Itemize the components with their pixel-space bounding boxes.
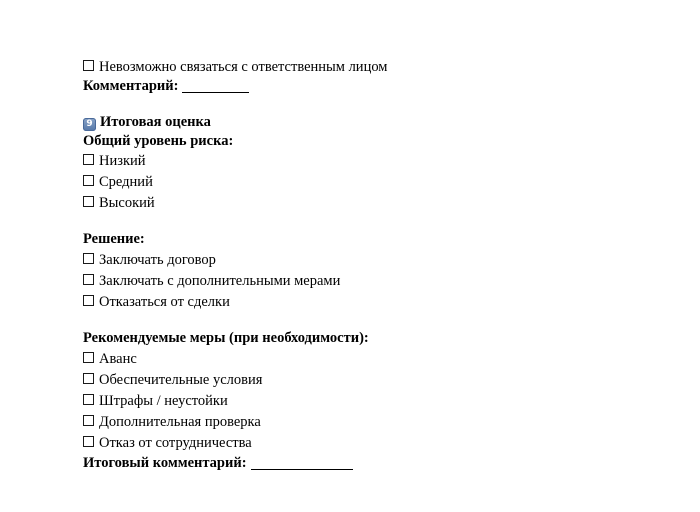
checkbox-icon[interactable] [83,352,94,363]
comment-row: Комментарий: [83,77,643,96]
section-heading: 9Итоговая оценка [83,113,643,132]
option-label: Высокий [99,195,155,211]
option-label: Заключать с дополнительными мерами [99,273,340,289]
option-label: Низкий [99,153,146,169]
checkbox-icon[interactable] [83,274,94,285]
option-risk-medium[interactable]: Средний [83,172,643,193]
option-measure-security[interactable]: Обеспечительные условия [83,370,643,391]
spacer [83,313,643,328]
keycap-number-icon: 9 [83,118,96,131]
option-label: Невозможно связаться с ответственным лиц… [99,59,387,75]
checkbox-icon[interactable] [83,196,94,207]
option-risk-high[interactable]: Высокий [83,193,643,214]
risk-label: Общий уровень риска: [83,132,643,151]
checkbox-icon[interactable] [83,60,94,71]
section-title: Итоговая оценка [100,114,211,130]
checkbox-icon[interactable] [83,253,94,264]
checkbox-icon[interactable] [83,436,94,447]
spacer [83,214,643,229]
option-label: Штрафы / неустойки [99,393,228,409]
option-decision-decline[interactable]: Отказаться от сделки [83,292,643,313]
checkbox-icon[interactable] [83,415,94,426]
option-label: Средний [99,174,153,190]
comment-blank-field[interactable] [182,78,249,93]
option-label: Отказаться от сделки [99,294,230,310]
document-body: Невозможно связаться с ответственным лиц… [83,58,643,473]
option-measure-penalties[interactable]: Штрафы / неустойки [83,391,643,412]
option-measure-advance[interactable]: Аванс [83,349,643,370]
option-label: Отказ от сотрудничества [99,435,252,451]
option-measure-refuse[interactable]: Отказ от сотрудничества [83,433,643,454]
checkbox-icon[interactable] [83,373,94,384]
option-label: Заключать договор [99,252,216,268]
checkbox-icon[interactable] [83,154,94,165]
checkbox-icon[interactable] [83,175,94,186]
measures-label: Рекомендуемые меры (при необходимости): [83,328,643,349]
comment-label: Комментарий: [83,78,178,94]
final-comment-row: Итоговый комментарий: [83,454,643,473]
decision-label: Решение: [83,229,643,250]
option-label: Дополнительная проверка [99,414,261,430]
checkbox-icon[interactable] [83,295,94,306]
checkbox-icon[interactable] [83,394,94,405]
spacer [83,96,643,113]
option-measure-extra-check[interactable]: Дополнительная проверка [83,412,643,433]
final-comment-blank-field[interactable] [251,455,353,470]
option-label: Обеспечительные условия [99,372,262,388]
final-comment-label: Итоговый комментарий: [83,455,247,471]
option-risk-low[interactable]: Низкий [83,151,643,172]
option-decision-sign-with-measures[interactable]: Заключать с дополнительными мерами [83,271,643,292]
option-label: Аванс [99,351,137,367]
option-unreachable-contact[interactable]: Невозможно связаться с ответственным лиц… [83,58,643,77]
option-decision-sign[interactable]: Заключать договор [83,250,643,271]
